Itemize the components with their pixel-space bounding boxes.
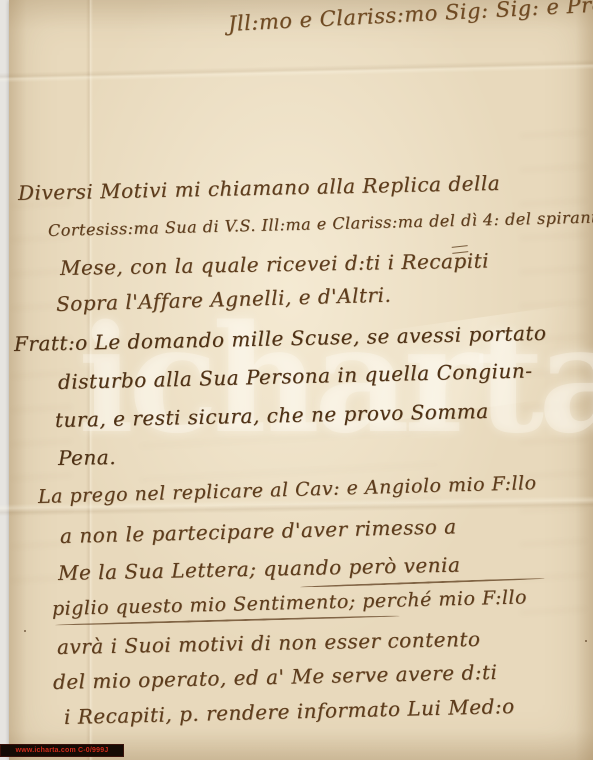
corner-watermark-text: www.icharta.com C-0/999J xyxy=(16,747,109,754)
corner-watermark-label: www.icharta.com C-0/999J xyxy=(0,744,124,757)
scanned-letter-page: icharta Jll:mo e Clariss:mo Sig: Sig: e … xyxy=(0,0,593,760)
manuscript-line: Pena. xyxy=(58,445,116,470)
ink-speck xyxy=(24,630,26,632)
ink-speck xyxy=(585,640,587,642)
